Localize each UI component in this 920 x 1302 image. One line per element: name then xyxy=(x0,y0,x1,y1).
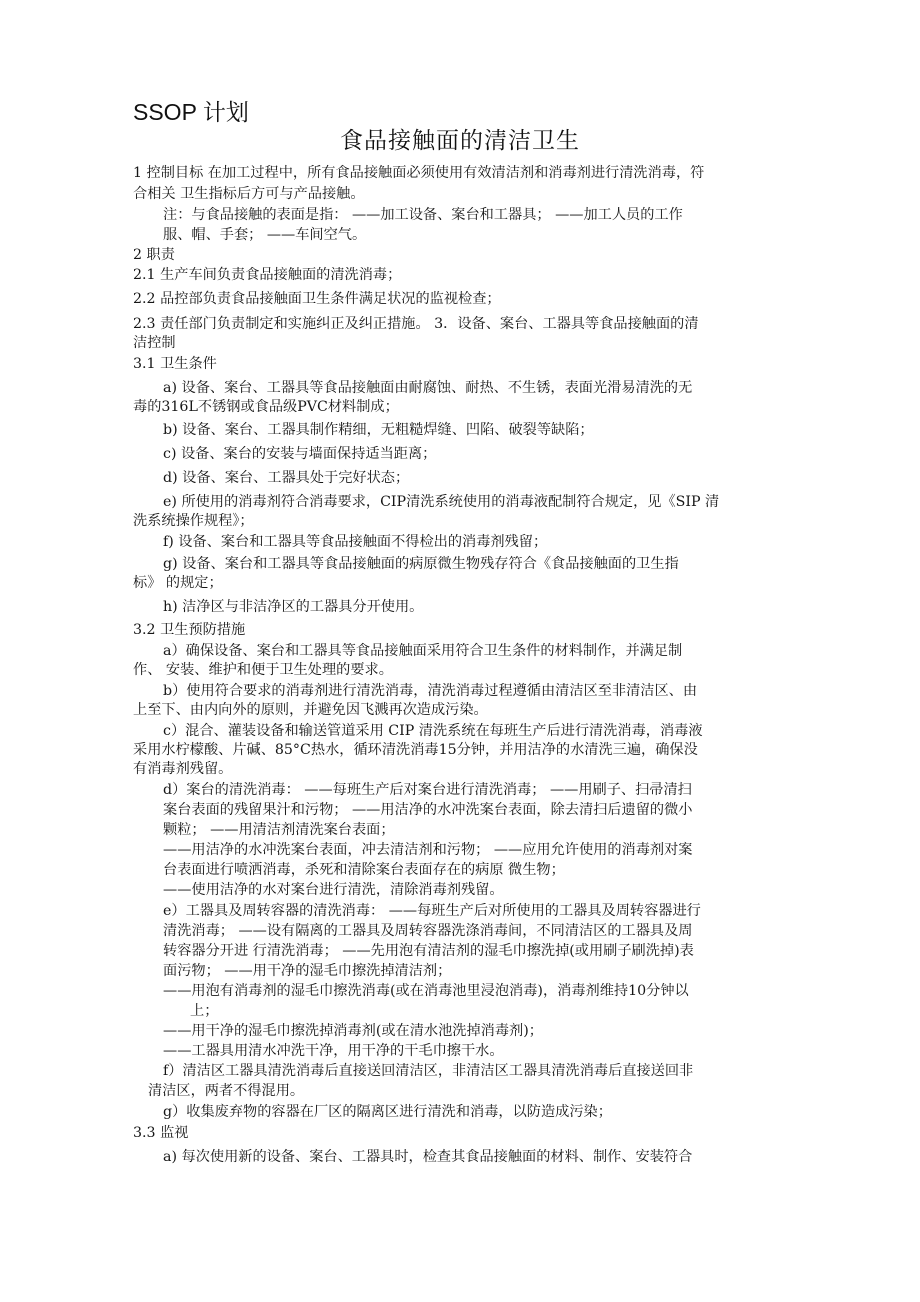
text-line: 洁控制 xyxy=(133,334,176,352)
text-line: 2.3 责任部门负责制定和实施纠正及纠正措施。 3．设备、案台、工器具等食品接触… xyxy=(133,315,699,333)
text-line: 上至下、由内向外的原则，并避免因飞溅再次造成污染。 xyxy=(133,701,488,719)
text-line: f）清洁区工器具清洗消毒后直接送回清洁区，非清洁区工器具清洗消毒后直接送回非 xyxy=(163,1062,693,1080)
text-line: 合相关 卫生指标后方可与产品接触。 xyxy=(133,185,365,203)
text-line: a) 每次使用新的设备、案台、工器具时，检查其食品接触面的材料、制作、安装符合 xyxy=(163,1148,692,1166)
text-line: b) 设备、案台、工器具制作精细，无粗糙焊缝、凹陷、破裂等缺陷； xyxy=(163,421,594,439)
text-line: f) 设备、案台和工器具等食品接触面不得检出的消毒剂残留； xyxy=(163,533,547,551)
text-line: 转容器分开进 行清洗消毒； ——先用泡有清洁剂的湿毛巾擦洗掉(或用刷子刷洗掉)表 xyxy=(163,942,694,960)
text-line: c) 设备、案台的安装与墙面保持适当距离； xyxy=(163,445,436,463)
text-line: 2 职责 xyxy=(133,246,175,264)
text-line: 服、帽、手套； ——车间空气。 xyxy=(163,226,366,244)
text-line: 洗系统操作规程》； xyxy=(133,512,254,530)
document-title: 食品接触面的清洁卫生 xyxy=(0,122,920,155)
text-line: h) 洁净区与非洁净区的工器具分开使用。 xyxy=(163,598,423,616)
text-line: ——用干净的湿毛巾擦洗掉消毒剂(或在清水池洗掉消毒剂)； xyxy=(163,1022,543,1040)
text-line: a）确保设备、案台和工器具等食品接触面采用符合卫生条件的材料制作，并满足制 xyxy=(163,642,682,660)
text-line: 3.3 监视 xyxy=(133,1124,188,1142)
text-line: 上； xyxy=(190,1002,218,1020)
text-line: 有消毒剂残留。 xyxy=(133,760,232,778)
text-line: 标》 的规定； xyxy=(133,574,223,592)
text-line: 颗粒； ——用清洁剂清洗案台表面； xyxy=(163,821,395,839)
text-line: 3.1 卫生条件 xyxy=(133,355,217,373)
text-line: 清洗消毒； ——设有隔离的工器具及周转容器洗涤消毒间，不同清洁区的工器具及周 xyxy=(163,922,692,940)
text-line: 毒的316L不锈钢或食品级PVC材料制成； xyxy=(133,398,399,416)
text-line: g）收集废弃物的容器在厂区的隔离区进行清洗和消毒，以防造成污染； xyxy=(163,1103,612,1121)
text-line: 清洁区，两者不得混用。 xyxy=(148,1082,304,1100)
text-line: b）使用符合要求的消毒剂进行清洗消毒，清洗消毒过程遵循由清洁区至非清洁区、由 xyxy=(163,682,697,700)
text-line: ——使用洁净的水对案台进行清洗，清除消毒剂残留。 xyxy=(163,881,504,899)
text-line: 1 控制目标 在加工过程中，所有食品接触面必须使用有效清洁剂和消毒剂进行清洗消毒… xyxy=(133,164,704,182)
text-line: 台表面进行喷洒消毒，杀死和清除案台表面存在的病原 微生物； xyxy=(163,861,565,879)
text-line: d) 设备、案台、工器具处于完好状态； xyxy=(163,469,409,487)
text-line: 3.2 卫生预防措施 xyxy=(133,621,245,639)
text-line: d）案台的清洗消毒： ——每班生产后对案台进行清洗消毒； ——用刷子、扫帚清扫 xyxy=(163,781,692,799)
text-line: a) 设备、案台、工器具等食品接触面由耐腐蚀、耐热、不生锈，表面光滑易清洗的无 xyxy=(163,379,692,397)
text-line: e) 所使用的消毒剂符合消毒要求，CIP清洗系统使用的消毒液配制符合规定，见《S… xyxy=(163,493,719,511)
text-line: ——用泡有消毒剂的湿毛巾擦洗消毒(或在消毒池里浸泡消毒)，消毒剂维持10分钟以 xyxy=(163,982,689,1000)
text-line: 作、 安装、维护和便于卫生处理的要求。 xyxy=(133,661,393,679)
text-line: c）混合、灌装设备和输送管道采用 CIP 清洗系统在每班生产后进行清洗消毒，消毒… xyxy=(163,722,703,740)
text-line: ——工器具用清水冲洗干净，用干净的干毛巾擦干水。 xyxy=(163,1042,504,1060)
text-line: 面污物； ——用干净的湿毛巾擦洗掉清洁剂； xyxy=(163,962,451,980)
text-line: 注：与食品接触的表面是指： ——加工设备、案台和工器具； ——加工人员的工作 xyxy=(163,206,683,224)
text-line: 2.2 品控部负责食品接触面卫生条件满足状况的监视检查； xyxy=(133,290,501,308)
text-line: e）工器具及周转容器的清洗消毒： ——每班生产后对所使用的工器具及周转容器进行 xyxy=(163,902,701,920)
text-line: 2.1 生产车间负责食品接触面的清洗消毒； xyxy=(133,266,401,284)
text-line: 采用水柠檬酸、片碱、85°C热水，循环清洗消毒15分钟，并用洁净的水清洗三遍，确… xyxy=(133,741,698,759)
document-page: SSOP 计划 食品接触面的清洁卫生 1 控制目标 在加工过程中，所有食品接触面… xyxy=(0,0,920,1302)
text-line: 案台表面的残留果汁和污物； ——用洁净的水冲洗案台表面，除去清扫后遗留的微小 xyxy=(163,801,692,819)
text-line: ——用洁净的水冲洗案台表面，冲去清洁剂和污物； ——应用允许使用的消毒剂对案 xyxy=(163,841,692,859)
text-line: g) 设备、案台和工器具等食品接触面的病原微生物残存符合《食品接触面的卫生指 xyxy=(163,555,679,573)
